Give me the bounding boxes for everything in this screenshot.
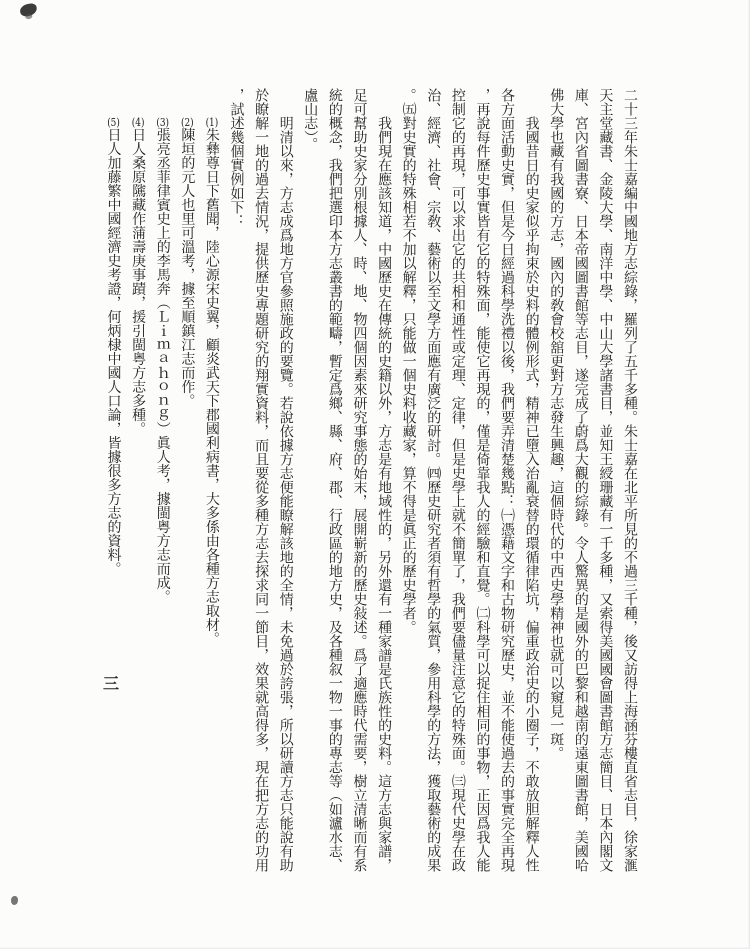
list-item-example-1: (1)朱彝尊日下舊聞，陸心源宋史翼，顧炎武天下郡國利病書，大多係由各種方志取材。 [199,88,224,877]
list-item-3-marker: (3) [156,116,170,128]
paragraph-gazetteer-uses-intro: 明清以來，方志成爲地方官參照施政的要覽。若說依據方志便能瞭解該地的全情，未免過於… [224,88,298,877]
list-item-2-marker: (2) [180,116,194,128]
list-item-2-text: 陳垣的元人也里可溫考，據至順鎮江志而作。 [179,128,195,408]
vertical-text-body: 二十三年朱士嘉編中國地方志綜錄，羅列了五千多種。朱士嘉在北平所見的不過三千種，後… [101,88,642,877]
list-item-4-text: 日人桑原隲藏作蒲壽庚事蹟，援引閩粤方志多種。 [130,128,146,436]
list-item-1-marker: (1) [205,116,219,128]
list-item-example-3: (3)張亮丞菲律賓史上的李馬奔（Ｌｉｍａｈｏｎｇ）眞人考，據閩粤方志而成。 [150,88,175,877]
list-item-4-marker: (4) [131,116,145,128]
page-number: 三 [103,671,119,694]
paragraph-gazetteers-and-genealogies: 我們現在應該知道，中國歷史在傳統的史籍以外，方志是有地域性的，另外還有一種家譜是… [298,88,396,877]
scan-smudge-top-left [19,2,38,17]
paragraph-continuation-gazetteer-catalog: 二十三年朱士嘉編中國地方志綜錄，羅列了五千多種。朱士嘉在北平所見的不過三千種，後… [544,88,642,877]
list-item-3-text: 張亮丞菲律賓史上的李馬奔（Ｌｉｍａｈｏｎｇ）眞人考，據閩粤方志而成。 [155,128,171,604]
paragraph-historiography-principles: 我國昔日的史家似乎拘束於史料的體例形式，精神已墮入治亂衰替的環循律陷坑，偏重政治… [396,88,544,877]
list-item-5-text: 日人加藤繁中國經濟史考證，何炳棣中國人口論，皆據很多方志的資料。 [106,128,122,576]
list-item-example-2: (2)陳垣的元人也里可溫考，據至順鎮江志而作。 [175,88,200,877]
scanned-book-page: 二十三年朱士嘉編中國地方志綜錄，羅列了五千多種。朱士嘉在北平所見的不過三千種，後… [0,0,750,949]
list-item-example-5: (5)日人加藤繁中國經濟史考證，何炳棣中國人口論，皆據很多方志的資料。 [101,88,126,877]
scan-smudge-bottom-left [11,896,18,905]
list-item-1-text: 朱彝尊日下舊聞，陸心源宋史翼，顧炎武天下郡國利病書，大多係由各種方志取材。 [204,128,220,646]
list-item-example-4: (4)日人桑原隲藏作蒲壽庚事蹟，援引閩粤方志多種。 [126,88,151,877]
list-item-5-marker: (5) [107,116,121,128]
